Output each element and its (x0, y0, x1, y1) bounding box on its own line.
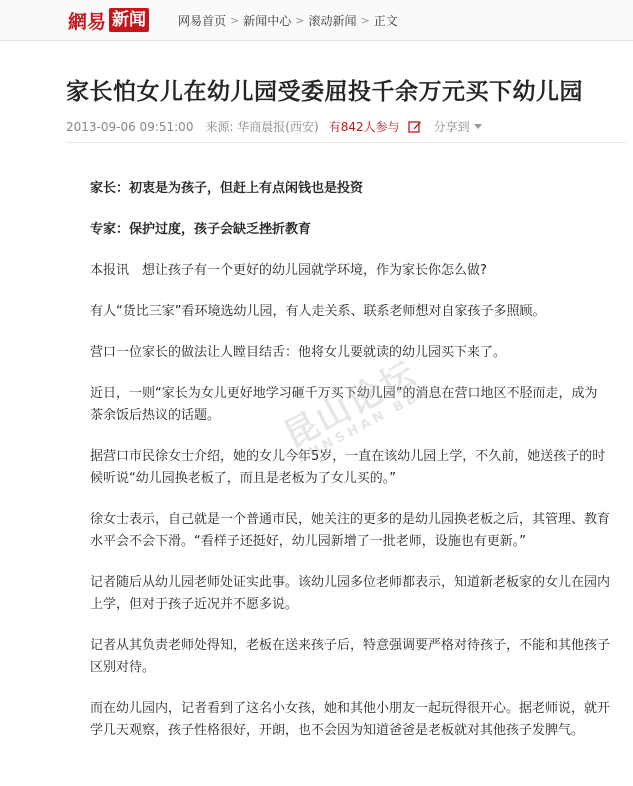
publish-datetime: 2013-09-06 09:51:00 (66, 120, 193, 134)
body-paragraph: 而在幼儿园内，记者看到了这名小女孩，她和其他小朋友一起玩得很开心。据老师说，就开… (90, 698, 610, 742)
body-paragraph: 营口一位家长的做法让人瞠目结舌：他将女儿要就读的幼儿园买下来了。 (90, 342, 610, 364)
participants-link[interactable]: 有842人参与 (329, 118, 400, 135)
body-paragraph: 记者从其负责老师处得知，老板在送来孩子后，特意强调要严格对待孩子，不能和其他孩子… (90, 635, 610, 679)
breadcrumb-rolling-news[interactable]: 滚动新闻 (308, 12, 356, 29)
breadcrumb-separator: > (230, 14, 239, 27)
body-paragraph: 记者随后从幼儿园老师处证实此事。该幼儿园多位老师都表示，知道新老板家的女儿在园内… (90, 572, 610, 616)
body-paragraph: 近日，一则“家长为女儿更好地学习砸千万买下幼儿园”的消息在营口地区不胫而走，成为… (90, 383, 610, 427)
breadcrumb-news-center[interactable]: 新闻中心 (243, 12, 291, 29)
article-title: 家长怕女儿在幼儿园受委屈投千余万元买下幼儿园 (66, 73, 626, 106)
logo-wangyi: 網易 (68, 7, 106, 34)
article-body: 家长：初衷是为孩子，但赶上有点闲钱也是投资 专家：保护过度，孩子会缺乏挫折教育 … (90, 178, 610, 761)
logo-news: 新闻 (109, 8, 149, 32)
chevron-down-icon[interactable] (474, 124, 482, 129)
netease-news-logo[interactable]: 網易 新闻 (68, 7, 149, 33)
body-paragraph: 本报讯 想让孩子有一个更好的幼儿园就学环境，作为家长你怎么做? (90, 260, 610, 282)
meta-divider (66, 142, 626, 143)
breadcrumb-home[interactable]: 网易首页 (178, 12, 226, 29)
breadcrumb-separator: > (360, 14, 369, 27)
comment-edit-icon[interactable] (408, 120, 422, 134)
body-paragraph: 据营口市民徐女士介绍，她的女儿今年5岁，一直在该幼儿园上学，不久前，她送孩子的时… (90, 446, 610, 490)
article-meta: 2013-09-06 09:51:00 来源: 华商晨报(西安) 有842人参与… (66, 118, 482, 135)
breadcrumb-separator: > (295, 14, 304, 27)
article-source[interactable]: 来源: 华商晨报(西安) (205, 118, 318, 135)
share-menu[interactable]: 分享到 (434, 118, 470, 135)
body-paragraph: 有人“货比三家”看环境选幼儿园，有人走关系、联系老师想对自家孩子多照顾。 (90, 301, 610, 323)
lead-paragraph: 专家：保护过度，孩子会缺乏挫折教育 (90, 219, 610, 241)
breadcrumb: 网易首页 > 新闻中心 > 滚动新闻 > 正文 (178, 12, 398, 29)
top-nav-bar: 網易 新闻 网易首页 > 新闻中心 > 滚动新闻 > 正文 (0, 0, 633, 41)
body-paragraph: 徐女士表示，自己就是一个普通市民，她关注的更多的是幼儿园换老板之后，其管理、教育… (90, 509, 610, 553)
breadcrumb-current: 正文 (374, 12, 398, 29)
lead-paragraph: 家长：初衷是为孩子，但赶上有点闲钱也是投资 (90, 178, 610, 200)
